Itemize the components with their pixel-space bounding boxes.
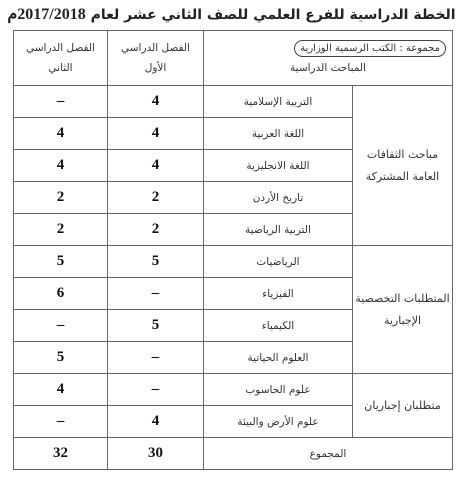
subject-cell: اللغة الانجليزية [204,150,353,182]
sem1-cell: 4 [108,406,204,438]
header-sem1: الفصل الدراسي الأول [108,31,204,86]
subject-cell: التربية الرياضية [204,214,353,246]
table-row: متطلبان إجباريان علوم الحاسوب – 4 [14,374,453,406]
group-cell: مباحث الثقافات العامة المشتركة [353,86,453,246]
group-name-line2: الإجبارية [353,310,452,332]
sem2-cell: – [14,310,108,342]
sem1-label-line2: الأول [108,58,203,78]
group-name-line1: المتطلبات التخصصية [353,288,452,310]
group-name-line1: متطلبان إجباريان [353,395,452,417]
subject-cell: الفيزياء [204,278,353,310]
sem2-cell: 4 [14,374,108,406]
group-name-line2: العامة المشتركة [353,166,452,188]
sem1-cell: 5 [108,310,204,342]
sem1-cell: 4 [108,150,204,182]
subject-cell: الكيمياء [204,310,353,342]
sem2-cell: 4 [14,118,108,150]
sem2-cell: 5 [14,246,108,278]
sem2-label-line2: الثاني [14,58,107,78]
group-cell: المتطلبات التخصصية الإجبارية [353,246,453,374]
page-title: الخطة الدراسية للفرع العلمي للصف الثاني … [0,4,463,24]
header-row: مجموعة : الكتب الرسمية الوزارية المباحث … [14,31,453,86]
sem2-cell: 4 [14,150,108,182]
subject-cell: العلوم الحياتية [204,342,353,374]
subject-cell: علوم الحاسوب [204,374,353,406]
total-sem1: 30 [108,438,204,470]
group-label: مجموعة : الكتب الرسمية الوزارية [294,40,446,57]
group-name-line1: مباحث الثقافات [353,144,452,166]
sem1-cell: 4 [108,86,204,118]
subject-cell: تاريخ الأردن [204,182,353,214]
table-row: مباحث الثقافات العامة المشتركة التربية ا… [14,86,453,118]
sem1-cell: – [108,342,204,374]
sem2-cell: – [14,406,108,438]
sem1-cell: 4 [108,118,204,150]
study-plan-table: مجموعة : الكتب الرسمية الوزارية المباحث … [13,30,453,470]
sem1-cell: 5 [108,246,204,278]
sem1-cell: – [108,374,204,406]
sem2-label-line1: الفصل الدراسي [14,38,107,58]
total-sem2: 32 [14,438,108,470]
sem2-cell: – [14,86,108,118]
sem1-cell: – [108,278,204,310]
title-text: الخطة الدراسية للفرع العلمي للصف الثاني … [91,7,456,23]
table-row: المتطلبات التخصصية الإجبارية الرياضيات 5… [14,246,453,278]
title-year: 2017/2018م [7,6,85,23]
sem2-cell: 5 [14,342,108,374]
total-label: المجموع [204,438,453,470]
sem2-cell: 2 [14,182,108,214]
total-row: المجموع 30 32 [14,438,453,470]
header-subjects-cell: مجموعة : الكتب الرسمية الوزارية المباحث … [204,31,453,86]
sem2-cell: 6 [14,278,108,310]
subject-cell: علوم الأرض والبيئة [204,406,353,438]
sem2-cell: 2 [14,214,108,246]
header-sem2: الفصل الدراسي الثاني [14,31,108,86]
sem1-label-line1: الفصل الدراسي [108,38,203,58]
subjects-label: المباحث الدراسية [204,58,452,78]
group-cell: متطلبان إجباريان [353,374,453,438]
sem1-cell: 2 [108,214,204,246]
subject-cell: الرياضيات [204,246,353,278]
subject-cell: التربية الإسلامية [204,86,353,118]
sem1-cell: 2 [108,182,204,214]
subject-cell: اللغة العربية [204,118,353,150]
